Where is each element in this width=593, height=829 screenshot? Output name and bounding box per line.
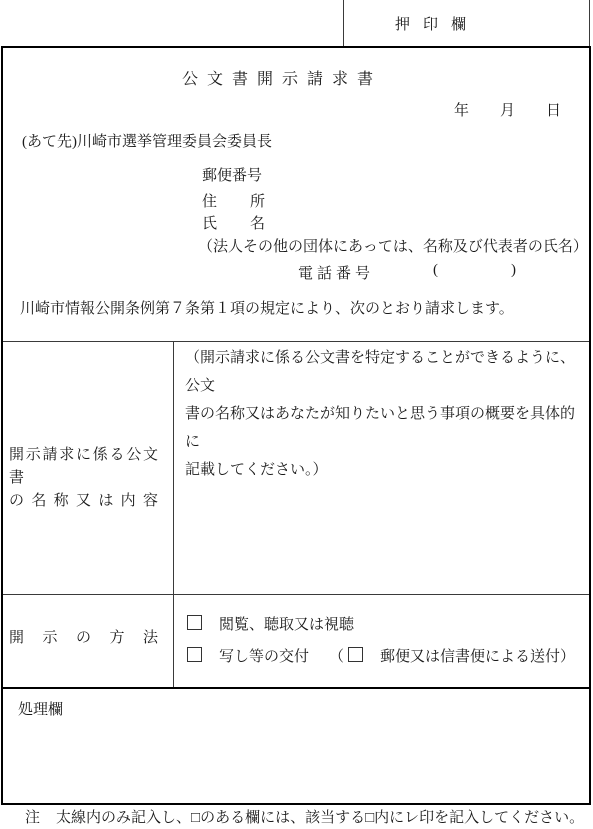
document-name-label-line1: 開示請求に係る公文書: [9, 444, 158, 490]
checkbox-mail-icon: [348, 647, 363, 662]
date-day-label: 日: [546, 99, 561, 120]
table-column-divider: [173, 341, 174, 687]
hint-line1: （開示請求に係る公文書を特定することができるように、公文: [185, 344, 589, 400]
date-line: 年 月 日: [454, 99, 561, 120]
method-sub-mail-label: 郵便又は信書便による送付）: [380, 649, 575, 665]
table-row-separator: [3, 594, 589, 595]
stamp-box-right-line: [589, 0, 590, 46]
form-title: 公文書開示請求書: [3, 66, 589, 89]
document-name-hint: （開示請求に係る公文書を特定することができるように、公文 書の名称又はあなたが知…: [185, 344, 589, 484]
document-name-label: 開示請求に係る公文書 の名称又は内容: [9, 444, 158, 513]
form-main-box: 公文書開示請求書 年 月 日 (あて先)川崎市選挙管理委員会委員長 郵便番号 住…: [1, 46, 591, 805]
corporate-note: （法人その他の団体にあっては、名称及び代表者の氏名）: [198, 235, 588, 256]
address-label: 住所: [202, 190, 265, 211]
disclosure-request-form: 押印欄 公文書開示請求書 年 月 日 (あて先)川崎市選挙管理委員会委員長 郵便…: [0, 0, 593, 829]
stamp-box-left-line: [343, 0, 344, 46]
footnote-marker: 注: [25, 810, 40, 826]
footnote-text: 太線内のみ記入し、□のある欄には、該当する□内にレ印を記入してください。: [56, 810, 584, 826]
method-option-viewing: 閲覧、聴取又は視聴: [187, 613, 354, 634]
date-year-label: 年: [454, 99, 469, 120]
hint-line3: 記載してください。）: [185, 456, 589, 484]
processing-column-label: 処理欄: [18, 698, 63, 719]
thick-boundary-line: [3, 687, 589, 689]
phone-paren-open: (: [433, 262, 438, 279]
addressee-line: (あて先)川崎市選挙管理委員会委員長: [22, 130, 272, 151]
method-sub-paren-open: （: [329, 649, 344, 665]
name-label: 氏名: [202, 212, 265, 233]
phone-paren-close: ): [511, 262, 516, 279]
method-option-copy-label: 写し等の交付: [219, 649, 309, 665]
stamp-box-label: 押印欄: [395, 13, 479, 34]
checkbox-viewing-icon: [187, 615, 202, 630]
method-option-viewing-label: 閲覧、聴取又は視聴: [219, 617, 354, 633]
method-label: 開示の方法: [9, 626, 158, 647]
date-month-label: 月: [500, 99, 515, 120]
footnote: 注太線内のみ記入し、□のある欄には、該当する□内にレ印を記入してください。: [25, 806, 584, 827]
checkbox-copy-icon: [187, 647, 202, 662]
hint-line2: 書の名称又はあなたが知りたいと思う事項の概要を具体的に: [185, 400, 589, 456]
statement-line: 川崎市情報公開条例第７条第１項の規定により、次のとおり請求します。: [20, 297, 514, 318]
table-top-line: [3, 341, 589, 342]
phone-label: 電話番号: [298, 262, 374, 283]
document-name-label-line2: の名称又は内容: [9, 490, 158, 513]
postal-code-label: 郵便番号: [202, 164, 262, 185]
method-option-copy: 写し等の交付（郵便又は信書便による送付）: [187, 645, 575, 666]
